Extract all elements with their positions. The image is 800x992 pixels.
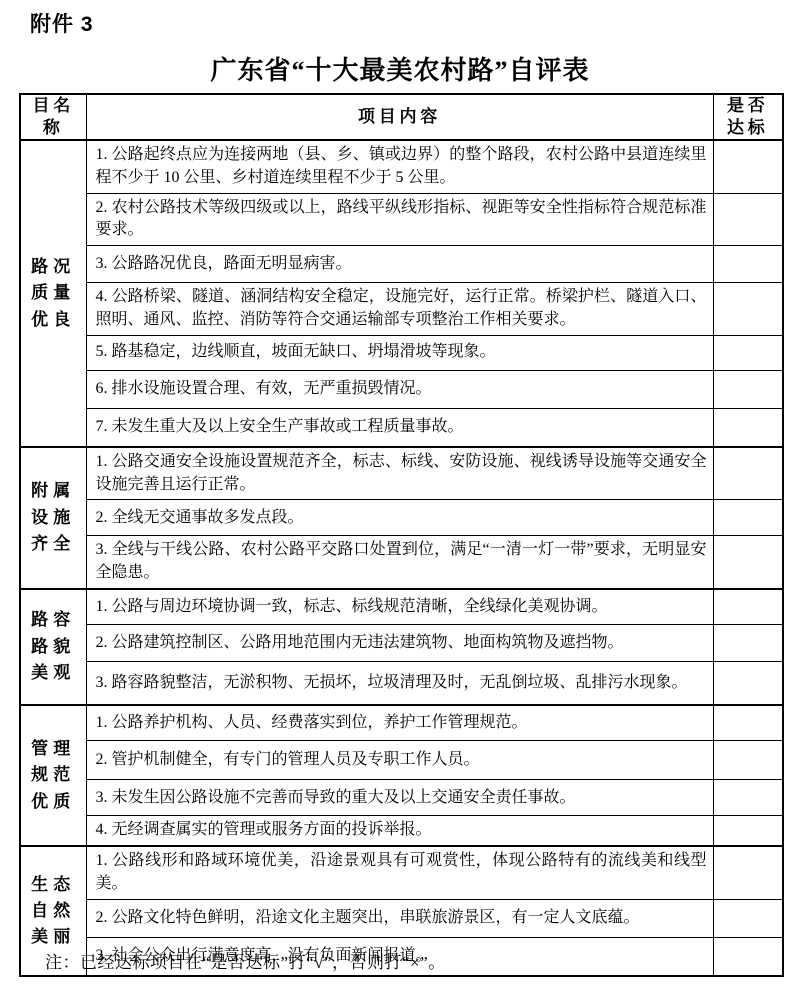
item-text: 2. 公路文化特色鲜明，沿途文化主题突出，串联旅游景区，有一定人文底蕴。 [86,899,713,937]
status-cell [713,335,783,370]
status-cell [713,780,783,816]
status-cell [713,536,783,589]
status-cell [713,816,783,846]
status-cell [713,741,783,780]
table-row: 2. 全线无交通事故多发点段。 [20,500,783,536]
page-title: 广东省“十大最美农村路”自评表 [0,50,800,87]
section-auxiliary-facilities: 附属 设施 齐全 1. 公路交通安全设施设置规范齐全，标志、标线、安防设施、视线… [20,447,783,589]
table-row: 生态 自然 美丽 1. 公路线形和路域环境优美，沿途景观具有可观赏性，体现公路特… [20,846,783,899]
status-cell [713,625,783,662]
item-text: 2. 管护机制健全，有专门的管理人员及专职工作人员。 [86,741,713,780]
table-row: 5. 路基稳定，边线顺直，坡面无缺口、坍塌滑坡等现象。 [20,335,783,370]
category-label: 路况 质量 优良 [20,140,86,447]
category-label: 路容 路貌 美观 [20,589,86,705]
table-header: 目名 称 项目内容 是否 达标 [20,94,783,140]
table-row: 路况 质量 优良 1. 公路起终点应为连接两地（县、乡、镇或边界）的整个路段，农… [20,140,783,193]
status-cell [713,140,783,193]
table-row: 2. 公路建筑控制区、公路用地范围内无违法建筑物、地面构筑物及遮挡物。 [20,625,783,662]
status-cell [713,283,783,335]
item-text: 1. 公路起终点应为连接两地（县、乡、镇或边界）的整个路段，农村公路中县道连续里… [86,140,713,193]
status-cell [713,500,783,536]
item-text: 6. 排水设施设置合理、有效，无严重损毁情况。 [86,370,713,408]
item-text: 3. 路容路貌整洁，无淤积物、无损坏，垃圾清理及时，无乱倒垃圾、乱排污水现象。 [86,662,713,705]
item-text: 1. 公路与周边环境协调一致，标志、标线规范清晰，全线绿化美观协调。 [86,589,713,625]
category-label: 管理 规范 优质 [20,705,86,846]
table-row: 3. 公路路况优良，路面无明显病害。 [20,246,783,283]
table-row: 管理 规范 优质 1. 公路养护机构、人员、经费落实到位，养护工作管理规范。 [20,705,783,741]
table-row: 路容 路貌 美观 1. 公路与周边环境协调一致，标志、标线规范清晰，全线绿化美观… [20,589,783,625]
table-row: 3. 全线与干线公路、农村公路平交路口处置到位，满足“一清一灯一带”要求，无明显… [20,536,783,589]
status-cell [713,589,783,625]
status-cell [713,937,783,976]
table-row: 6. 排水设施设置合理、有效，无严重损毁情况。 [20,370,783,408]
item-text: 1. 公路线形和路域环境优美，沿途景观具有可观赏性，体现公路特有的流线美和线型美… [86,846,713,899]
section-road-condition: 路况 质量 优良 1. 公路起终点应为连接两地（县、乡、镇或边界）的整个路段，农… [20,140,783,447]
status-cell [713,846,783,899]
item-text: 7. 未发生重大及以上安全生产事故或工程质量事故。 [86,408,713,447]
table-row: 4. 公路桥梁、隧道、涵洞结构安全稳定，设施完好，运行正常。桥梁护栏、隧道入口、… [20,283,783,335]
category-label: 附属 设施 齐全 [20,447,86,589]
item-text: 4. 公路桥梁、隧道、涵洞结构安全稳定，设施完好，运行正常。桥梁护栏、隧道入口、… [86,283,713,335]
item-text: 5. 路基稳定，边线顺直，坡面无缺口、坍塌滑坡等现象。 [86,335,713,370]
status-cell [713,370,783,408]
document-page: 附件 3 广东省“十大最美农村路”自评表 目名 称 项目内容 是否 达标 路况 … [0,0,800,992]
header-content: 项目内容 [86,94,713,140]
item-text: 2. 农村公路技术等级四级或以上，路线平纵线形指标、视距等安全性指标符合规范标准… [86,193,713,245]
table-row: 3. 路容路貌整洁，无淤积物、无损坏，垃圾清理及时，无乱倒垃圾、乱排污水现象。 [20,662,783,705]
table-row: 7. 未发生重大及以上安全生产事故或工程质量事故。 [20,408,783,447]
status-cell [713,662,783,705]
item-text: 2. 全线无交通事故多发点段。 [86,500,713,536]
table-row: 4. 无经调查属实的管理或服务方面的投诉举报。 [20,816,783,846]
table-row: 2. 公路文化特色鲜明，沿途文化主题突出，串联旅游景区，有一定人文底蕴。 [20,899,783,937]
evaluation-table: 目名 称 项目内容 是否 达标 路况 质量 优良 1. 公路起终点应为连接两地（… [19,93,784,977]
item-text: 3. 全线与干线公路、农村公路平交路口处置到位，满足“一清一灯一带”要求，无明显… [86,536,713,589]
header-category: 目名 称 [20,94,86,140]
item-text: 3. 公路路况优良，路面无明显病害。 [86,246,713,283]
table-row: 2. 农村公路技术等级四级或以上，路线平纵线形指标、视距等安全性指标符合规范标准… [20,193,783,245]
item-text: 1. 公路养护机构、人员、经费落实到位，养护工作管理规范。 [86,705,713,741]
status-cell [713,899,783,937]
status-cell [713,705,783,741]
item-text: 1. 公路交通安全设施设置规范齐全，标志、标线、安防设施、视线诱导设施等交通安全… [86,447,713,500]
table-row: 附属 设施 齐全 1. 公路交通安全设施设置规范齐全，标志、标线、安防设施、视线… [20,447,783,500]
header-status: 是否 达标 [713,94,783,140]
status-cell [713,246,783,283]
item-text: 3. 未发生因公路设施不完善而导致的重大及以上交通安全责任事故。 [86,780,713,816]
item-text: 4. 无经调查属实的管理或服务方面的投诉举报。 [86,816,713,846]
status-cell [713,408,783,447]
section-road-appearance: 路容 路貌 美观 1. 公路与周边环境协调一致，标志、标线规范清晰，全线绿化美观… [20,589,783,705]
status-cell [713,447,783,500]
status-cell [713,193,783,245]
table-row: 3. 未发生因公路设施不完善而导致的重大及以上交通安全责任事故。 [20,780,783,816]
attachment-label: 附件 3 [30,8,94,38]
table-row: 2. 管护机制健全，有专门的管理人员及专职工作人员。 [20,741,783,780]
footnote: 注：已经达标项目在“是否达标”打“√”，否则打“×”。 [45,948,446,973]
item-text: 2. 公路建筑控制区、公路用地范围内无违法建筑物、地面构筑物及遮挡物。 [86,625,713,662]
section-management: 管理 规范 优质 1. 公路养护机构、人员、经费落实到位，养护工作管理规范。 2… [20,705,783,846]
